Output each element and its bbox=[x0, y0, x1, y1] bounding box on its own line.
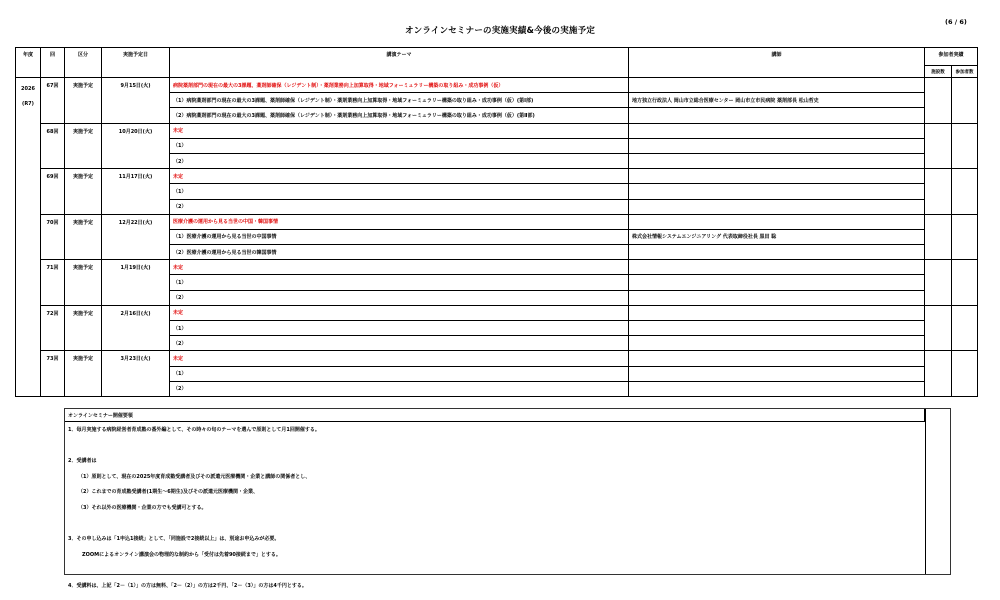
seminar-schedule-table: 年度 回 区分 実施予定日 講演テーマ 講師 参加者実績 施設数 参加者数 20… bbox=[15, 47, 978, 397]
session-subtheme-2: （2） bbox=[170, 336, 629, 351]
session-lecturer-main bbox=[629, 351, 925, 366]
fiscal-year-cell: 2026(R7) bbox=[16, 78, 41, 397]
session-round: 69回 bbox=[41, 169, 65, 215]
session-participants bbox=[952, 214, 978, 260]
session-round: 73回 bbox=[41, 351, 65, 397]
session-lecturer-main bbox=[629, 78, 925, 93]
header-year: 年度 bbox=[16, 48, 41, 78]
session-facilities bbox=[925, 78, 952, 124]
fiscal-year-era: (R7) bbox=[16, 97, 40, 112]
session-main-theme: 未定 bbox=[170, 169, 629, 184]
header-scheduled-date: 実施予定日 bbox=[102, 48, 170, 78]
session-date: 12月22日(火) bbox=[102, 214, 170, 260]
document-title: オンラインセミナーの実施実績&今後の実施予定 bbox=[0, 24, 1000, 36]
session-subtheme-2: （2）医療介護の運用から見る当世の韓国事情 bbox=[170, 245, 629, 260]
session-round: 71回 bbox=[41, 260, 65, 306]
session-subtheme-1: （1） bbox=[170, 321, 629, 336]
session-facilities bbox=[925, 351, 952, 397]
session-subtheme-1: （1）病院薬剤部門の現在の最大の3課題、薬剤師確保（レジデント制）・薬剤業務向上… bbox=[170, 93, 629, 108]
session-subtheme-1: （1）医療介護の運用から見る当世の中国事情 bbox=[170, 229, 629, 244]
session-lecturer-main bbox=[629, 123, 925, 138]
guideline-line: 4．受講料は、上記「2－（1）」の方は無料、「2－（2）」の方は2千円、「2－（… bbox=[68, 581, 918, 597]
session-subtheme-1: （1） bbox=[170, 275, 629, 290]
session-participants bbox=[952, 351, 978, 397]
session-lecturer-main bbox=[629, 169, 925, 184]
session-lecturer-1 bbox=[629, 275, 925, 290]
guideline-line bbox=[68, 565, 918, 581]
guideline-line: （3）それ以外の医療機関・企業の方でも受講可とする。 bbox=[68, 503, 918, 519]
session-category: 実施予定 bbox=[65, 351, 102, 397]
session-subtheme-2: （2） bbox=[170, 153, 629, 168]
guideline-line: 3．その申し込みは「1申込1接続」として、「同施設で2接続以上」は、別途お申込み… bbox=[68, 534, 918, 550]
session-subtheme-2: （2）病院薬剤部門の現在の最大の3課題、薬剤師確保（レジデント制）・薬剤業務向上… bbox=[170, 108, 629, 123]
session-row: 2026(R7)67回実施予定9月15日(火)病院薬剤部門の現在の最大の3課題、… bbox=[16, 78, 978, 93]
session-facilities bbox=[925, 214, 952, 260]
session-category: 実施予定 bbox=[65, 123, 102, 169]
guideline-line bbox=[68, 519, 918, 535]
session-participants bbox=[952, 305, 978, 351]
guideline-line: （2）これまでの育成塾受講者(1期生～6期生)及びその派遣元医療機関・企業、 bbox=[68, 487, 918, 503]
session-lecturer-2 bbox=[629, 290, 925, 305]
session-round: 72回 bbox=[41, 305, 65, 351]
session-row: 71回実施予定1月19日(火)未定 bbox=[16, 260, 978, 275]
session-date: 2月16日(火) bbox=[102, 305, 170, 351]
session-row: 72回実施予定2月16日(火)未定 bbox=[16, 305, 978, 320]
session-date: 11月17日(火) bbox=[102, 169, 170, 215]
session-subtheme-2: （2） bbox=[170, 199, 629, 214]
session-main-theme: 病院薬剤部門の現在の最大の3課題、薬剤師確保（レジデント制）・薬剤業務向上加算取… bbox=[170, 78, 629, 93]
session-participants bbox=[952, 260, 978, 306]
session-lecturer-1 bbox=[629, 321, 925, 336]
session-facilities bbox=[925, 260, 952, 306]
session-main-theme: 未定 bbox=[170, 351, 629, 366]
session-row: 68回実施予定10月20日(火)未定 bbox=[16, 123, 978, 138]
session-subtheme-1: （1） bbox=[170, 184, 629, 199]
session-lecturer-2 bbox=[629, 381, 925, 396]
session-lecturer-1: 株式会社情報システムエンジニアリング 代表取締役社長 黒田 聡 bbox=[629, 229, 925, 244]
session-lecturer-1 bbox=[629, 184, 925, 199]
session-date: 9月15日(火) bbox=[102, 78, 170, 124]
guideline-line: ZOOMによるオンライン講演会の物理的な制約から「受付は先着90接続まで」とする… bbox=[68, 550, 918, 566]
session-row: 70回実施予定12月22日(火)医療介護の運用から見る当世の中国・韓国事情 bbox=[16, 214, 978, 229]
guideline-line: 1．毎月実施する病院経営者育成塾の番外編として、その時々の旬のテーマを選んで原則… bbox=[68, 425, 918, 441]
header-lecturer: 講師 bbox=[629, 48, 925, 78]
session-participants bbox=[952, 123, 978, 169]
session-row: 69回実施予定11月17日(火)未定 bbox=[16, 169, 978, 184]
session-main-theme: 未定 bbox=[170, 305, 629, 320]
guidelines-right-column-divider bbox=[925, 409, 926, 574]
session-participants bbox=[952, 78, 978, 124]
session-subtheme-1: （1） bbox=[170, 366, 629, 381]
session-lecturer-1 bbox=[629, 366, 925, 381]
header-theme: 講演テーマ bbox=[170, 48, 629, 78]
session-lecturer-2 bbox=[629, 153, 925, 168]
session-category: 実施予定 bbox=[65, 214, 102, 260]
session-lecturer-1 bbox=[629, 138, 925, 153]
guideline-line: 2．受講者は bbox=[68, 456, 918, 472]
header-category: 区分 bbox=[65, 48, 102, 78]
session-row: 73回実施予定3月23日(火)未定 bbox=[16, 351, 978, 366]
session-lecturer-main bbox=[629, 214, 925, 229]
session-round: 68回 bbox=[41, 123, 65, 169]
session-round: 67回 bbox=[41, 78, 65, 124]
session-subtheme-2: （2） bbox=[170, 290, 629, 305]
page-indicator: (6 / 6) bbox=[945, 18, 967, 26]
guidelines-heading: オンラインセミナー開催要領 bbox=[65, 409, 925, 422]
header-participants: 参加者数 bbox=[952, 66, 978, 78]
session-main-theme: 未定 bbox=[170, 123, 629, 138]
session-facilities bbox=[925, 305, 952, 351]
header-round: 回 bbox=[41, 48, 65, 78]
session-lecturer-2 bbox=[629, 199, 925, 214]
session-category: 実施予定 bbox=[65, 305, 102, 351]
session-lecturer-1: 地方独立行政法人 岡山市立総合医療センター 岡山市立市民病院 薬剤部長 松山哲史 bbox=[629, 93, 925, 108]
guideline-line: （1）原則として、現在の2025年度育成塾受講者及びその派遣元医療機関・企業と講… bbox=[68, 472, 918, 488]
session-category: 実施予定 bbox=[65, 260, 102, 306]
session-subtheme-1: （1） bbox=[170, 138, 629, 153]
session-date: 3月23日(火) bbox=[102, 351, 170, 397]
session-lecturer-2 bbox=[629, 245, 925, 260]
session-participants bbox=[952, 169, 978, 215]
session-lecturer-main bbox=[629, 305, 925, 320]
session-facilities bbox=[925, 169, 952, 215]
guideline-line bbox=[68, 441, 918, 457]
session-lecturer-2 bbox=[629, 108, 925, 123]
session-lecturer-2 bbox=[629, 336, 925, 351]
guidelines-body: 1．毎月実施する病院経営者育成塾の番外編として、その時々の旬のテーマを選んで原則… bbox=[68, 425, 918, 597]
session-lecturer-main bbox=[629, 260, 925, 275]
session-main-theme: 未定 bbox=[170, 260, 629, 275]
header-participants-group: 参加者実績 bbox=[925, 48, 978, 66]
header-facilities: 施設数 bbox=[925, 66, 952, 78]
session-round: 70回 bbox=[41, 214, 65, 260]
session-facilities bbox=[925, 123, 952, 169]
session-date: 1月19日(火) bbox=[102, 260, 170, 306]
session-main-theme: 医療介護の運用から見る当世の中国・韓国事情 bbox=[170, 214, 629, 229]
session-category: 実施予定 bbox=[65, 169, 102, 215]
session-subtheme-2: （2） bbox=[170, 381, 629, 396]
session-category: 実施予定 bbox=[65, 78, 102, 124]
fiscal-year: 2026 bbox=[16, 82, 40, 97]
session-date: 10月20日(火) bbox=[102, 123, 170, 169]
guidelines-box: オンラインセミナー開催要領 1．毎月実施する病院経営者育成塾の番外編として、その… bbox=[64, 408, 951, 575]
